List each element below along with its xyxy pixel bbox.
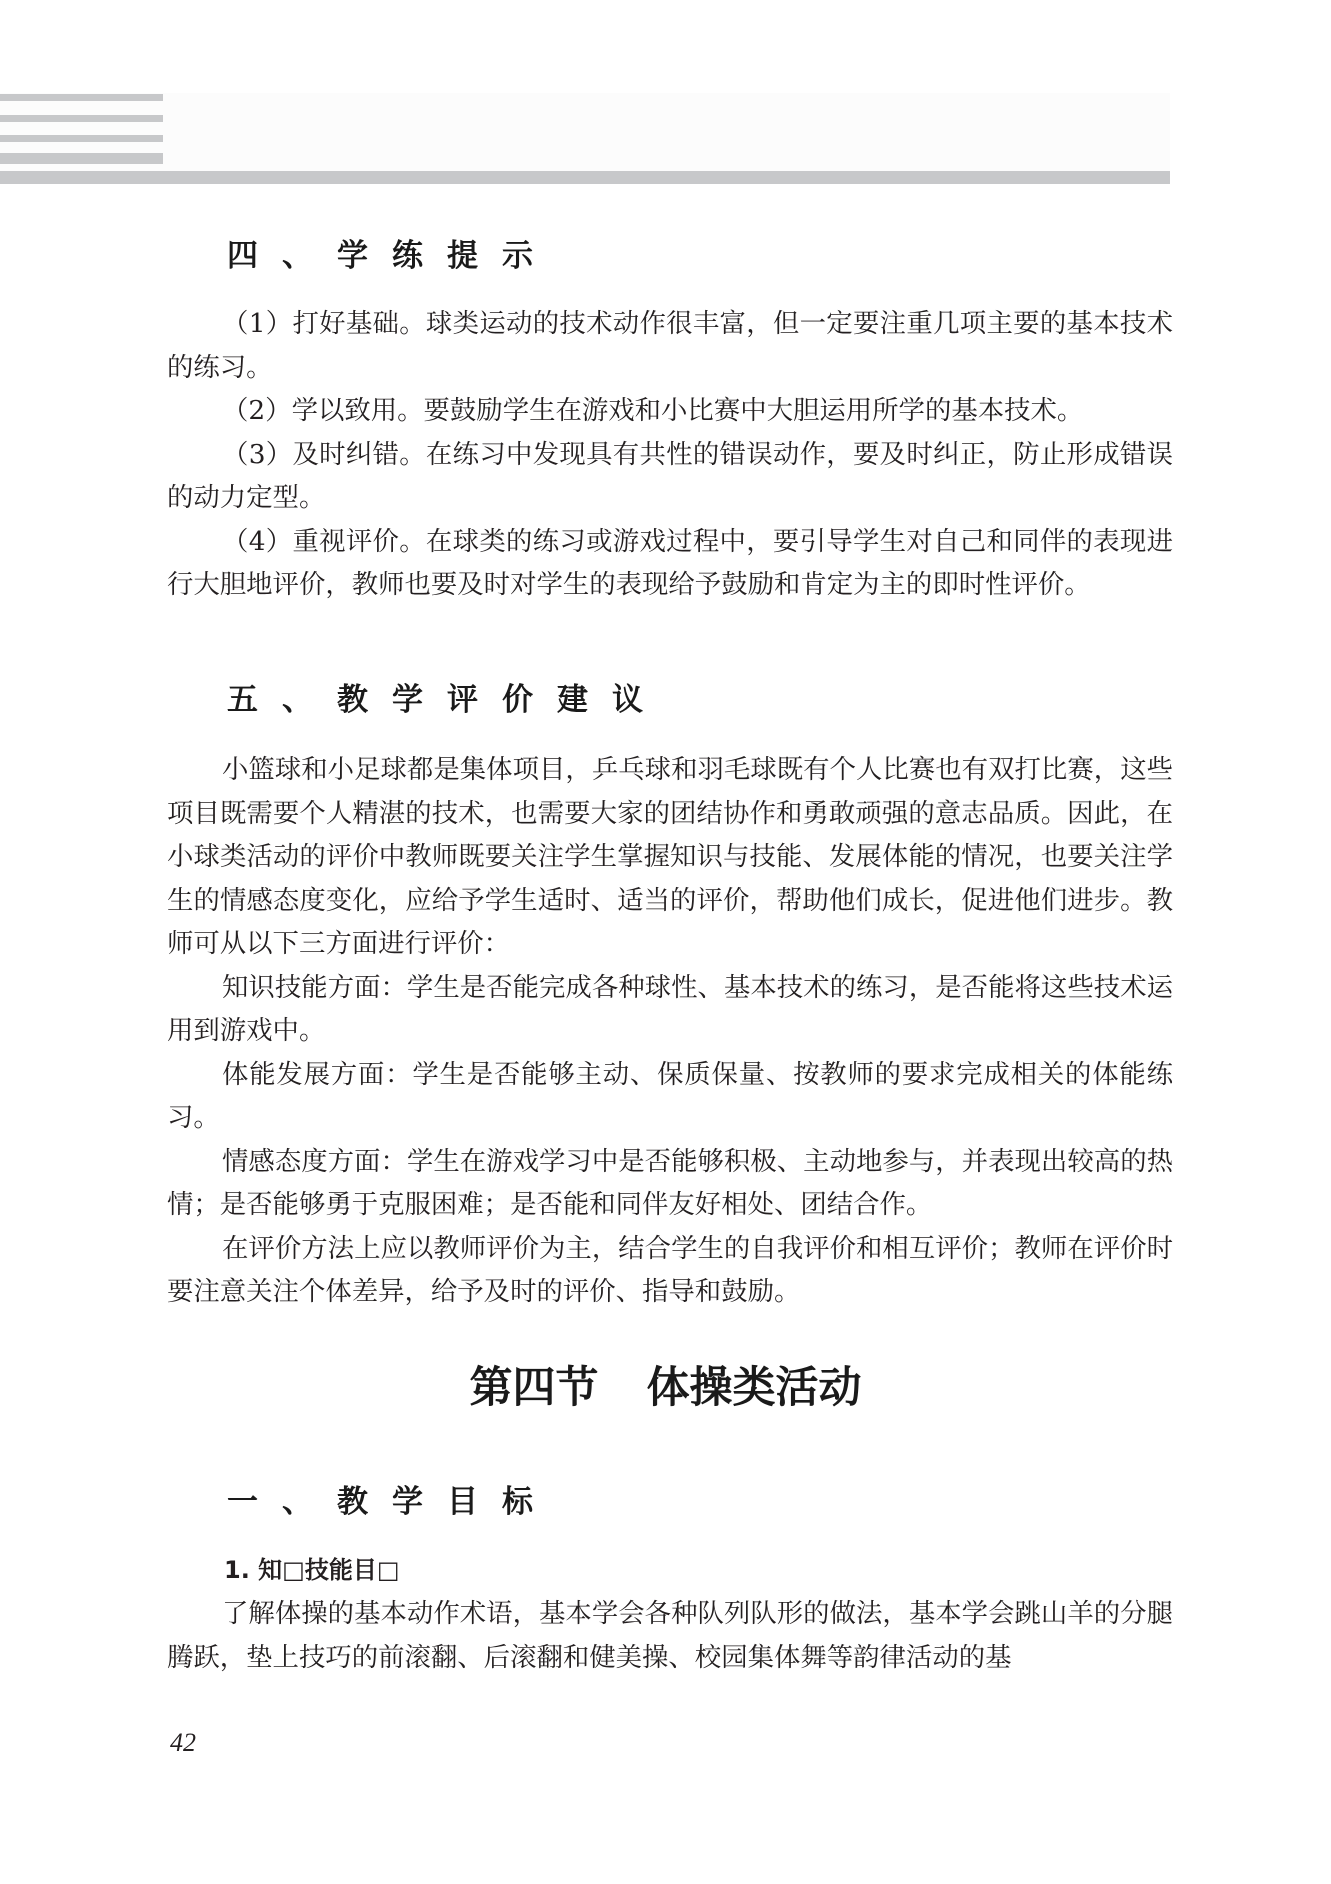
header-stripe [0, 135, 163, 142]
header-stripe [0, 115, 163, 122]
subheading-knowledge-goals: 1. 知□技能目□ [224, 1553, 400, 1587]
chapter-name: 体操类活动 [647, 1363, 862, 1413]
section-body-teaching-goals: 了解体操的基本动作术语，基本学会各种队列队形的做法，基本学会跳山羊的分腿腾跃，垫… [167, 1592, 1173, 1679]
header-stripe [0, 153, 163, 164]
paragraph: 知识技能方面：学生是否能完成各种球性、基本技术的练习，是否能将这些技术运用到游戏… [167, 966, 1173, 1053]
header-rule [0, 171, 1170, 184]
paragraph: 小篮球和小足球都是集体项目，乒乓球和羽毛球既有个人比赛也有双打比赛，这些项目既需… [167, 748, 1173, 966]
paragraph: （2）学以致用。要鼓励学生在游戏和小比赛中大胆运用所学的基本技术。 [167, 389, 1173, 433]
paragraph: 在评价方法上应以教师评价为主，结合学生的自我评价和相互评价；教师在评价时要注意关… [167, 1227, 1173, 1314]
paragraph: 情感态度方面：学生在游戏学习中是否能够积极、主动地参与，并表现出较高的热情；是否… [167, 1140, 1173, 1227]
chapter-number: 第四节 [470, 1363, 599, 1413]
paragraph: 了解体操的基本动作术语，基本学会各种队列队形的做法，基本学会跳山羊的分腿腾跃，垫… [167, 1592, 1173, 1679]
section-heading-teaching-goals: 一、教学目标 [227, 1482, 557, 1522]
header-stripe [0, 94, 163, 101]
section-body-evaluation: 小篮球和小足球都是集体项目，乒乓球和羽毛球既有个人比赛也有双打比赛，这些项目既需… [167, 748, 1173, 1314]
chapter-title: 第四节体操类活动 [0, 1360, 1331, 1416]
paragraph: 体能发展方面：学生是否能够主动、保质保量、按教师的要求完成相关的体能练习。 [167, 1053, 1173, 1140]
paragraph: （1）打好基础。球类运动的技术动作很丰富，但一定要注重几项主要的基本技术的练习。 [167, 302, 1173, 389]
section-body-practice-tips: （1）打好基础。球类运动的技术动作很丰富，但一定要注重几项主要的基本技术的练习。… [167, 302, 1173, 607]
section-heading-evaluation: 五、教学评价建议 [227, 680, 667, 720]
paragraph: （4）重视评价。在球类的练习或游戏过程中，要引导学生对自己和同伴的表现进行大胆地… [167, 520, 1173, 607]
section-heading-practice-tips: 四、学练提示 [227, 236, 557, 276]
paragraph: （3）及时纠错。在练习中发现具有共性的错误动作，要及时纠正，防止形成错误的动力定… [167, 433, 1173, 520]
page-number: 42 [170, 1728, 196, 1758]
header-band [0, 93, 1170, 171]
